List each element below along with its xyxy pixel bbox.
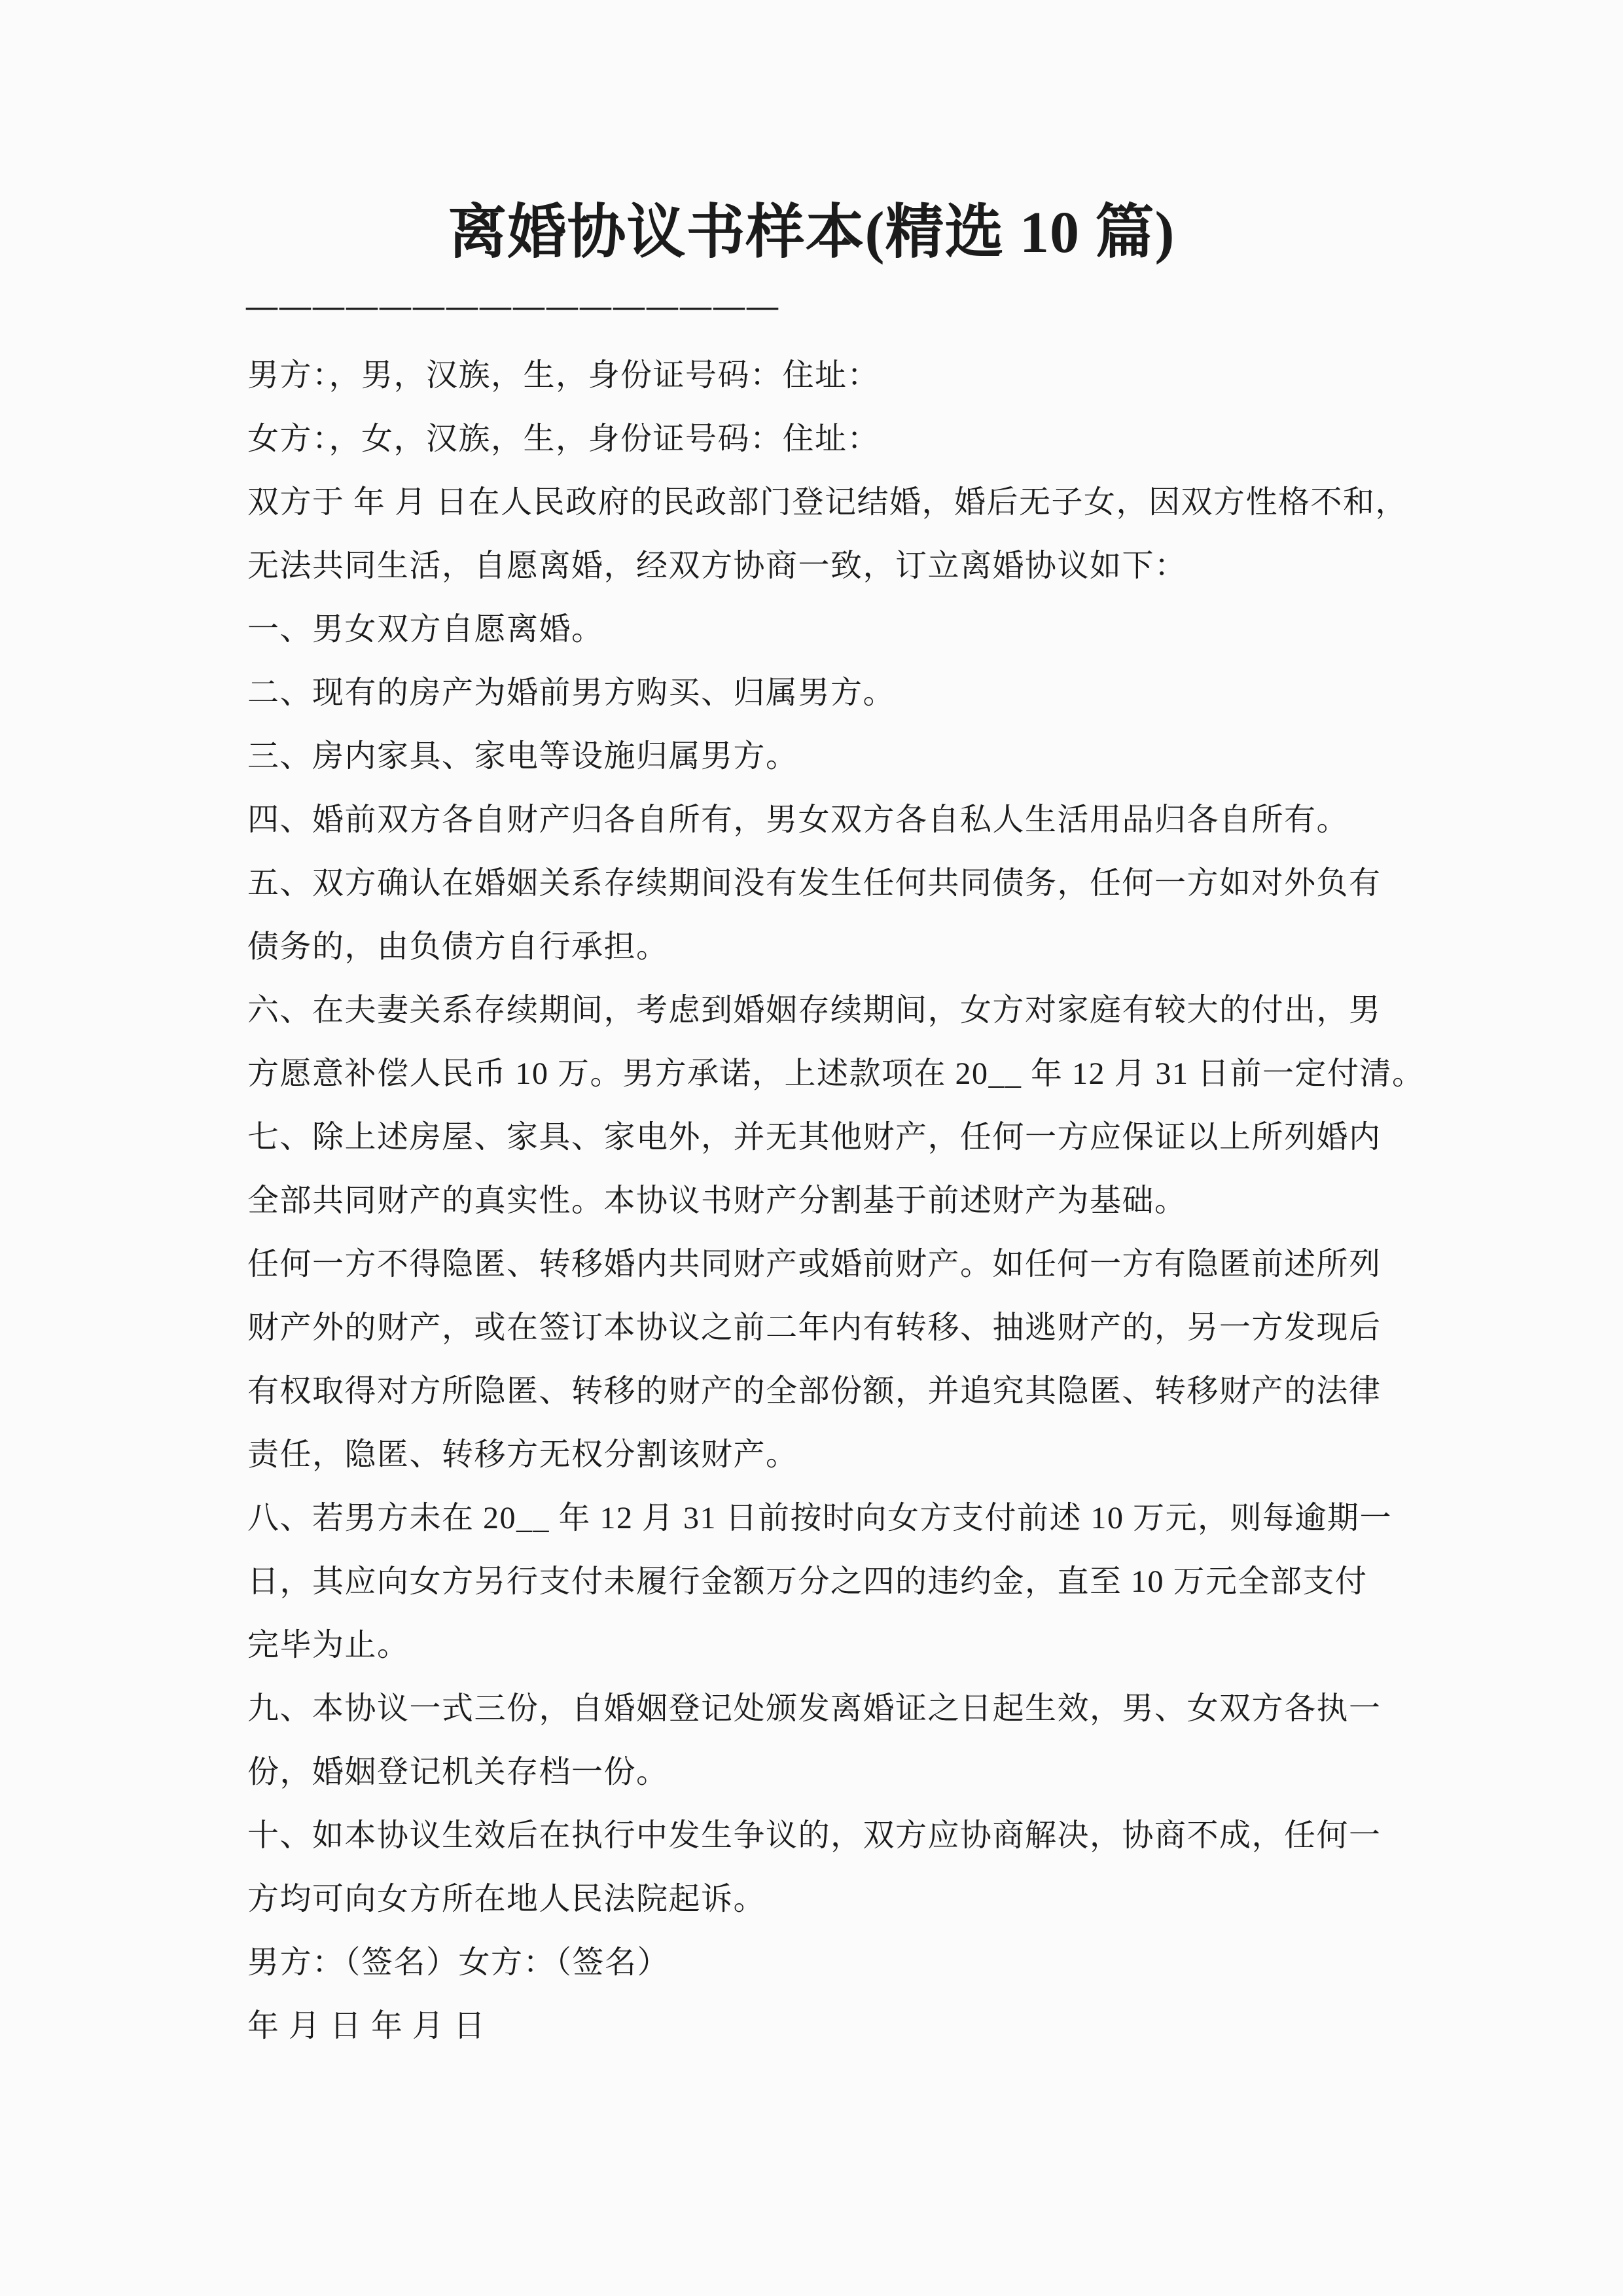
paragraph-line: 年 月 日 年 月 日: [247, 1994, 1399, 2058]
paragraph-line: 五、双方确认在婚姻关系存续期间没有发生任何共同债务，任何一方如对外负有: [247, 852, 1399, 915]
paragraph-line: 女方：，女，汉族，生，身份证号码：住址：: [247, 407, 1399, 471]
paragraph-line: 完毕为止。: [247, 1613, 1399, 1677]
document-page: 离婚协议书样本(精选 10 篇) ———————————————— 男方：，男，…: [0, 0, 1623, 2296]
paragraph-line: 男方：，男，汉族，生，身份证号码：住址：: [247, 344, 1399, 407]
paragraph-line: 十、如本协议生效后在执行中发生争议的，双方应协商解决，协商不成，任何一: [247, 1804, 1399, 1867]
document-body: 男方：，男，汉族，生，身份证号码：住址：女方：，女，汉族，生，身份证号码：住址：…: [247, 344, 1399, 2058]
paragraph-line: 无法共同生活，自愿离婚，经双方协商一致，订立离婚协议如下：: [247, 534, 1399, 598]
paragraph-line: 财产外的财产，或在签订本协议之前二年内有转移、抽逃财产的，另一方发现后: [247, 1296, 1399, 1359]
paragraph-line: 男方：（签名）女方：（签名）: [247, 1931, 1399, 1994]
paragraph-line: 三、房内家具、家电等设施归属男方。: [247, 725, 1399, 788]
paragraph-line: 九、本协议一式三份，自婚姻登记处颁发离婚证之日起生效，男、女双方各执一: [247, 1677, 1399, 1740]
paragraph-line: 六、在夫妻关系存续期间，考虑到婚姻存续期间，女方对家庭有较大的付出，男: [247, 978, 1399, 1042]
paragraph-line: 方愿意补偿人民币 10 万。男方承诺，上述款项在 20__ 年 12 月 31 …: [247, 1042, 1399, 1105]
paragraph-line: 日，其应向女方另行支付未履行金额万分之四的违约金，直至 10 万元全部支付: [247, 1550, 1399, 1613]
paragraph-line: 双方于 年 月 日在人民政府的民政部门登记结婚，婚后无子女，因双方性格不和，: [247, 471, 1399, 534]
paragraph-line: 债务的，由负债方自行承担。: [247, 915, 1399, 978]
paragraph-line: 方均可向女方所在地人民法院起诉。: [247, 1867, 1399, 1931]
paragraph-line: 四、婚前双方各自财产归各自所有，男女双方各自私人生活用品归各自所有。: [247, 788, 1399, 852]
paragraph-line: 有权取得对方所隐匿、转移的财产的全部份额，并追究其隐匿、转移财产的法律: [247, 1359, 1399, 1423]
paragraph-line: 份，婚姻登记机关存档一份。: [247, 1740, 1399, 1804]
paragraph-line: 一、男女双方自愿离婚。: [247, 598, 1399, 661]
document-title: 离婚协议书样本(精选 10 篇): [0, 194, 1623, 272]
paragraph-line: 责任，隐匿、转移方无权分割该财产。: [247, 1423, 1399, 1486]
paragraph-line: 二、现有的房产为婚前男方购买、归属男方。: [247, 661, 1399, 725]
paragraph-line: 全部共同财产的真实性。本协议书财产分割基于前述财产为基础。: [247, 1169, 1399, 1232]
title-divider-dashes: ————————————————: [246, 287, 780, 326]
paragraph-line: 八、若男方未在 20__ 年 12 月 31 日前按时向女方支付前述 10 万元…: [247, 1486, 1399, 1550]
paragraph-line: 七、除上述房屋、家具、家电外，并无其他财产，任何一方应保证以上所列婚内: [247, 1105, 1399, 1169]
paragraph-line: 任何一方不得隐匿、转移婚内共同财产或婚前财产。如任何一方有隐匿前述所列: [247, 1232, 1399, 1296]
